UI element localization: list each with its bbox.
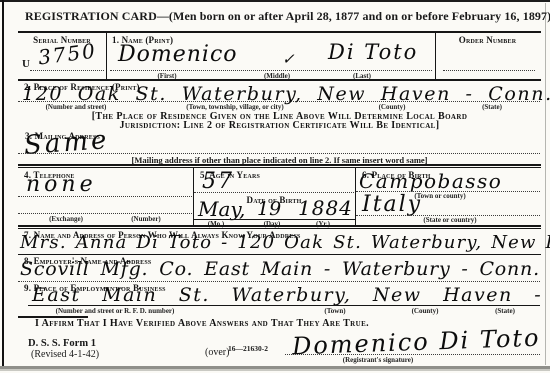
dob-sub-mo: (Mo.) xyxy=(208,220,225,228)
signature-sub: (Registrant's signature) xyxy=(343,356,413,364)
order-write-line xyxy=(443,70,535,71)
scan-edge-right xyxy=(545,3,546,365)
order-number-label: Order Number xyxy=(435,35,540,45)
registration-card-scan: REGISTRATION CARD—(Men born on or after … xyxy=(0,0,550,373)
telephone-value: none xyxy=(26,174,97,196)
divider-age-birth xyxy=(355,167,356,225)
row456-rule-1 xyxy=(18,225,541,227)
telephone-write-line-2 xyxy=(18,213,192,214)
scan-edge-top xyxy=(0,0,550,2)
form-number: D. S. S. Form 1 xyxy=(28,338,96,349)
employment-sub-street: (Number and street or R. F. D. number) xyxy=(56,307,175,315)
divider-serial-name xyxy=(106,31,107,79)
scan-edge-bottom-2 xyxy=(0,369,550,371)
employer-write-line xyxy=(18,281,540,282)
header-rule xyxy=(18,31,541,33)
form-revised: (Revised 4-1-42) xyxy=(31,349,99,360)
birth-country-sub: (State or country) xyxy=(423,216,476,224)
contact-rule xyxy=(18,254,541,255)
over-note: (over) xyxy=(205,347,229,358)
serial-prefix: U xyxy=(22,58,30,70)
contact-value: Mrs. Anna Di Toto - 120 Oak St. Waterbur… xyxy=(20,234,550,252)
residence-sub-state: (State) xyxy=(482,103,502,111)
dob-sub-day: (Day) xyxy=(264,220,281,228)
serial-number-value: 3750 xyxy=(37,40,98,67)
affirmation-text: I Affirm That I Have Verified Above Answ… xyxy=(35,318,369,329)
telephone-sub-number: (Number) xyxy=(131,215,161,223)
name-last-value: Di Toto xyxy=(328,42,418,63)
telephone-sub-exchange: (Exchange) xyxy=(49,215,83,223)
employment-sub-town: (Town) xyxy=(324,307,345,315)
residence-sub-town: (Town, township, village, or city) xyxy=(186,103,283,111)
mailing-rule-1 xyxy=(18,164,541,166)
telephone-write-line xyxy=(18,196,192,197)
dob-sub-yr: (Yr.) xyxy=(316,220,330,228)
employment-sub-county: (County) xyxy=(412,307,439,315)
row1-rule xyxy=(18,79,541,81)
scan-edge-left xyxy=(2,0,4,367)
mailing-rule-2 xyxy=(18,167,541,168)
row456-rule-2 xyxy=(18,228,541,229)
name-first-value: Domenico xyxy=(118,44,238,66)
birth-country-value: Italy xyxy=(362,194,422,216)
dob-month-value: May, xyxy=(198,199,245,219)
employer-value: Scovill Mfg. Co. East Main - Waterbury -… xyxy=(20,260,540,279)
card-title: REGISTRATION CARD—(Men born on or after … xyxy=(25,9,550,24)
mailing-write-line xyxy=(18,153,540,154)
residence-sub-county: (County) xyxy=(379,103,406,111)
employment-value: East Main St. Waterbury, New Haven - Con… xyxy=(32,286,550,305)
residence-write-line xyxy=(18,101,540,102)
birth-town-value: Campobasso xyxy=(359,171,502,191)
serial-write-line xyxy=(30,70,104,71)
employment-sub-state: (State) xyxy=(495,307,515,315)
dob-year-value: 1884 xyxy=(298,198,353,218)
dob-day-value: 19 xyxy=(257,200,281,219)
residence-sub-street: (Number and street) xyxy=(46,103,107,111)
age-write-line xyxy=(194,192,354,193)
age-value: 57 xyxy=(202,171,234,193)
name-write-line xyxy=(110,70,432,71)
print-code: 16—21630-2 xyxy=(228,344,268,353)
signature-write-line xyxy=(285,354,540,355)
employment-rule xyxy=(28,305,540,306)
name-middle-checkmark: ✓ xyxy=(282,52,295,67)
